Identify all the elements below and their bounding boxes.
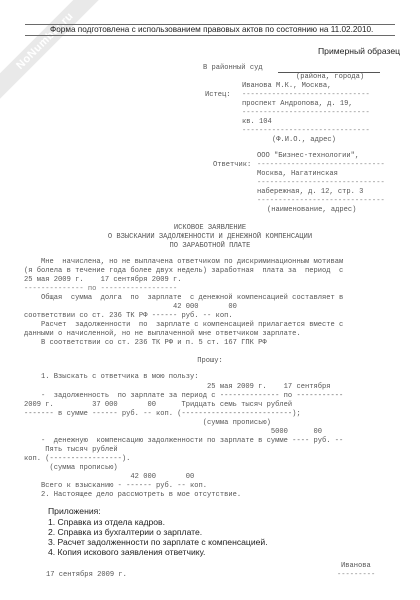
defendant-label: Ответчик: — [213, 161, 251, 170]
request-item2: 2. Настоящее дело рассмотреть в мое отсу… — [24, 491, 241, 500]
body-p1-line1: Мне начислена, но не выплачена ответчико… — [24, 258, 343, 267]
document-page: NoNumber.ru Форма подготовлена с использ… — [0, 0, 420, 600]
plaintiff-caption: (Ф.И.О., адрес) — [272, 136, 336, 145]
defendant-caption: (наименование, адрес) — [267, 206, 356, 215]
title-line2: О ВЗЫСКАНИИ ЗАДОЛЖЕННОСТИ И ДЕНЕЖНОЙ КОМ… — [0, 233, 420, 242]
attachment-item: 2. Справка из бухгалтерии о зарплате. — [48, 527, 202, 537]
attachment-item: 4. Копия искового заявления ответчику. — [48, 547, 205, 557]
request-heading: Прошу: — [0, 357, 420, 366]
body-p3-line1: Расчет задолженности по зарплате с компе… — [24, 321, 343, 330]
signature-date: 17 сентября 2009 г. — [46, 571, 127, 580]
request-debt-line1: - задолженность по зарплате за период с … — [24, 392, 343, 401]
plaintiff-dashes-3: ------------------------------ — [242, 127, 370, 136]
request-debt-line3: ------- в сумме ------ руб. -- коп. (---… — [24, 410, 301, 419]
request-caption-words1: (сумма прописью) — [24, 419, 271, 428]
sample-label: Примерный образец — [318, 46, 400, 56]
defendant-line1: ООО "Бизнес-технологии", — [257, 152, 359, 161]
plaintiff-dashes-2: ------------------------------ — [242, 109, 370, 118]
request-dates: 25 мая 2009 г. 17 сентября — [24, 383, 331, 392]
attachment-item: 1. Справка из отдела кадров. — [48, 517, 165, 527]
request-comp-line1: - денежную компенсацию задолженности по … — [24, 437, 343, 446]
header-rule-bottom — [25, 35, 395, 36]
attachments-heading: Приложения: — [48, 506, 101, 516]
plaintiff-line2: проспект Андропова, д. 19, — [242, 100, 353, 109]
plaintiff-line3: кв. 104 — [242, 118, 272, 127]
request-comp-words: Пять тысяч рублей — [24, 446, 118, 455]
header-notice: Форма подготовлена с использованием прав… — [50, 25, 373, 34]
body-p4: В соответствии со ст. 236 ТК РФ и п. 5 с… — [24, 339, 267, 348]
body-p2-line1: Общая сумма долга по зарплате с денежной… — [24, 294, 343, 303]
title-line3: ПО ЗАРАБОТНОЙ ПЛАТЕ — [0, 242, 420, 251]
body-p2-amount: 42 000 00 — [24, 303, 237, 312]
plaintiff-line1: Иванова М.К., Москва, — [242, 82, 331, 91]
defendant-dashes-1: ------------------------------ — [257, 161, 385, 170]
body-p1-line2: (я болела в течение года более двух неде… — [24, 267, 343, 276]
attachment-item: 3. Расчет задолженности по зарплате с ко… — [48, 537, 268, 547]
signature-name: Иванова — [341, 562, 371, 571]
request-comp-line2: коп. (-----------------). — [24, 455, 130, 464]
signature-line: --------- — [337, 571, 375, 580]
defendant-line2: Москва, Нагатинская — [257, 170, 338, 179]
request-total-amount: 42 000 00 — [24, 473, 194, 482]
body-p2-line2: соответствии со ст. 236 ТК РФ ------ руб… — [24, 312, 233, 321]
request-caption-words2: (сумма прописью) — [24, 464, 118, 473]
title-line1: ИСКОВОЕ ЗАЯВЛЕНИЕ — [0, 224, 420, 233]
plaintiff-dashes-1: ------------------------------ — [242, 91, 370, 100]
body-p1-line4: -------------- по ------------------ — [24, 285, 177, 294]
court-label: В районный суд — [203, 64, 263, 73]
request-comp-amount: 5000 00 — [24, 428, 322, 437]
defendant-line3: набережная, д. 12, стр. 3 — [257, 188, 363, 197]
court-caption: (района, города) — [296, 73, 364, 82]
court-field-line — [278, 64, 380, 73]
request-debt-line2: 2009 г. 37 000 00 Тридцать семь тысяч ру… — [24, 401, 292, 410]
plaintiff-label: Истец: — [205, 91, 231, 100]
defendant-dashes-3: ------------------------------ — [257, 197, 385, 206]
request-item1: 1. Взыскать с ответчика в мою пользу: — [24, 373, 199, 382]
request-total: Всего к взысканию - ------ руб. -- коп. — [24, 482, 207, 491]
watermark-banner: NoNumber.ru — [0, 0, 104, 100]
body-p3-line2: данными о начисленной, но не выплаченной… — [24, 330, 301, 339]
body-p1-line3: 25 мая 2009 г. 17 сентября 2009 г. — [24, 276, 182, 285]
defendant-dashes-2: ------------------------------ — [257, 179, 385, 188]
